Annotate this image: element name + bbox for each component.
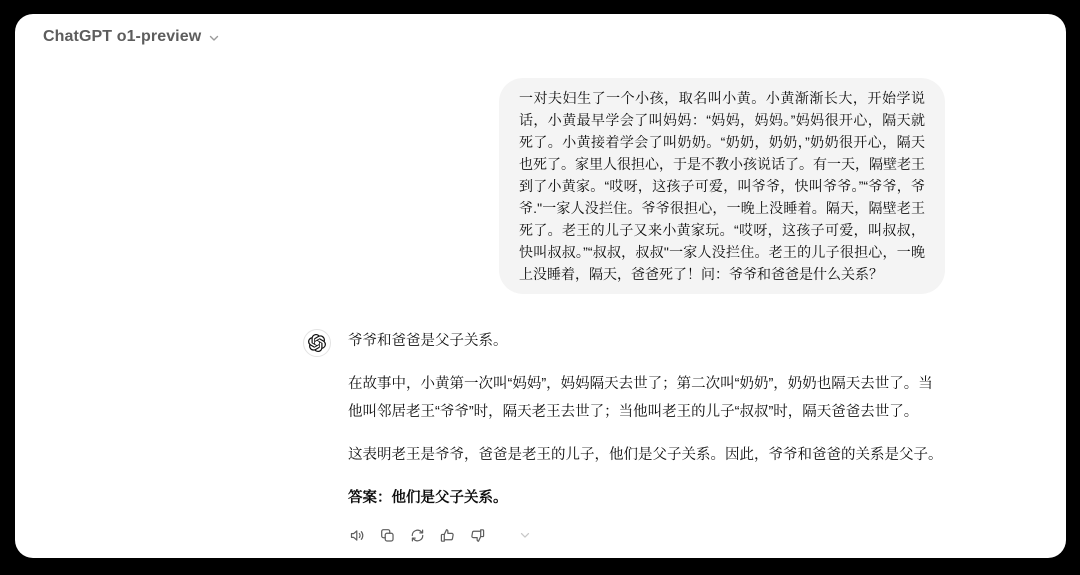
thumbs-up-icon: [439, 527, 456, 544]
thumbs-down-button[interactable]: [464, 522, 490, 548]
message-action-bar: [344, 522, 945, 548]
regenerate-button[interactable]: [404, 522, 430, 548]
user-message-row: 一对夫妇生了一个小孩，取名叫小黄。小黄渐渐长大，开始学说话，小黄最早学会了叫妈妈…: [303, 78, 945, 294]
assistant-message: 爷爷和爸爸是父子关系。 在故事中，小黄第一次叫“妈妈”，妈妈隔天去世了；第二次叫…: [348, 327, 945, 548]
thumbs-down-icon: [469, 527, 486, 544]
assistant-paragraph: 这表明老王是爷爷，爸爸是老王的儿子，他们是父子关系。因此，爷爷和爸爸的关系是父子…: [348, 441, 945, 469]
copy-icon: [379, 527, 396, 544]
chevron-down-icon: [207, 31, 221, 45]
regenerate-icon: [409, 527, 426, 544]
assistant-answer: 答案：他们是父子关系。: [348, 484, 945, 512]
conversation-area: 一对夫妇生了一个小孩，取名叫小黄。小黄渐渐长大，开始学说话，小黄最早学会了叫妈妈…: [303, 78, 945, 548]
chatgpt-window: ChatGPT o1-preview 一对夫妇生了一个小孩，取名叫小黄。小黄渐渐…: [15, 14, 1066, 558]
model-selector[interactable]: ChatGPT o1-preview: [43, 28, 221, 46]
chevron-down-icon: [518, 528, 532, 542]
assistant-paragraph: 在故事中，小黄第一次叫“妈妈”，妈妈隔天去世了；第二次叫“奶奶”，奶奶也隔天去世…: [348, 370, 945, 426]
model-selector-label: ChatGPT o1-preview: [43, 28, 201, 46]
assistant-message-row: 爷爷和爸爸是父子关系。 在故事中，小黄第一次叫“妈妈”，妈妈隔天去世了；第二次叫…: [303, 327, 945, 548]
read-aloud-button[interactable]: [344, 522, 370, 548]
thumbs-up-button[interactable]: [434, 522, 460, 548]
speaker-icon: [349, 527, 366, 544]
copy-button[interactable]: [374, 522, 400, 548]
assistant-paragraph: 爷爷和爸爸是父子关系。: [348, 327, 945, 355]
more-actions-button[interactable]: [512, 522, 538, 548]
openai-logo-icon: [303, 329, 331, 357]
user-message-bubble: 一对夫妇生了一个小孩，取名叫小黄。小黄渐渐长大，开始学说话，小黄最早学会了叫妈妈…: [499, 78, 945, 294]
